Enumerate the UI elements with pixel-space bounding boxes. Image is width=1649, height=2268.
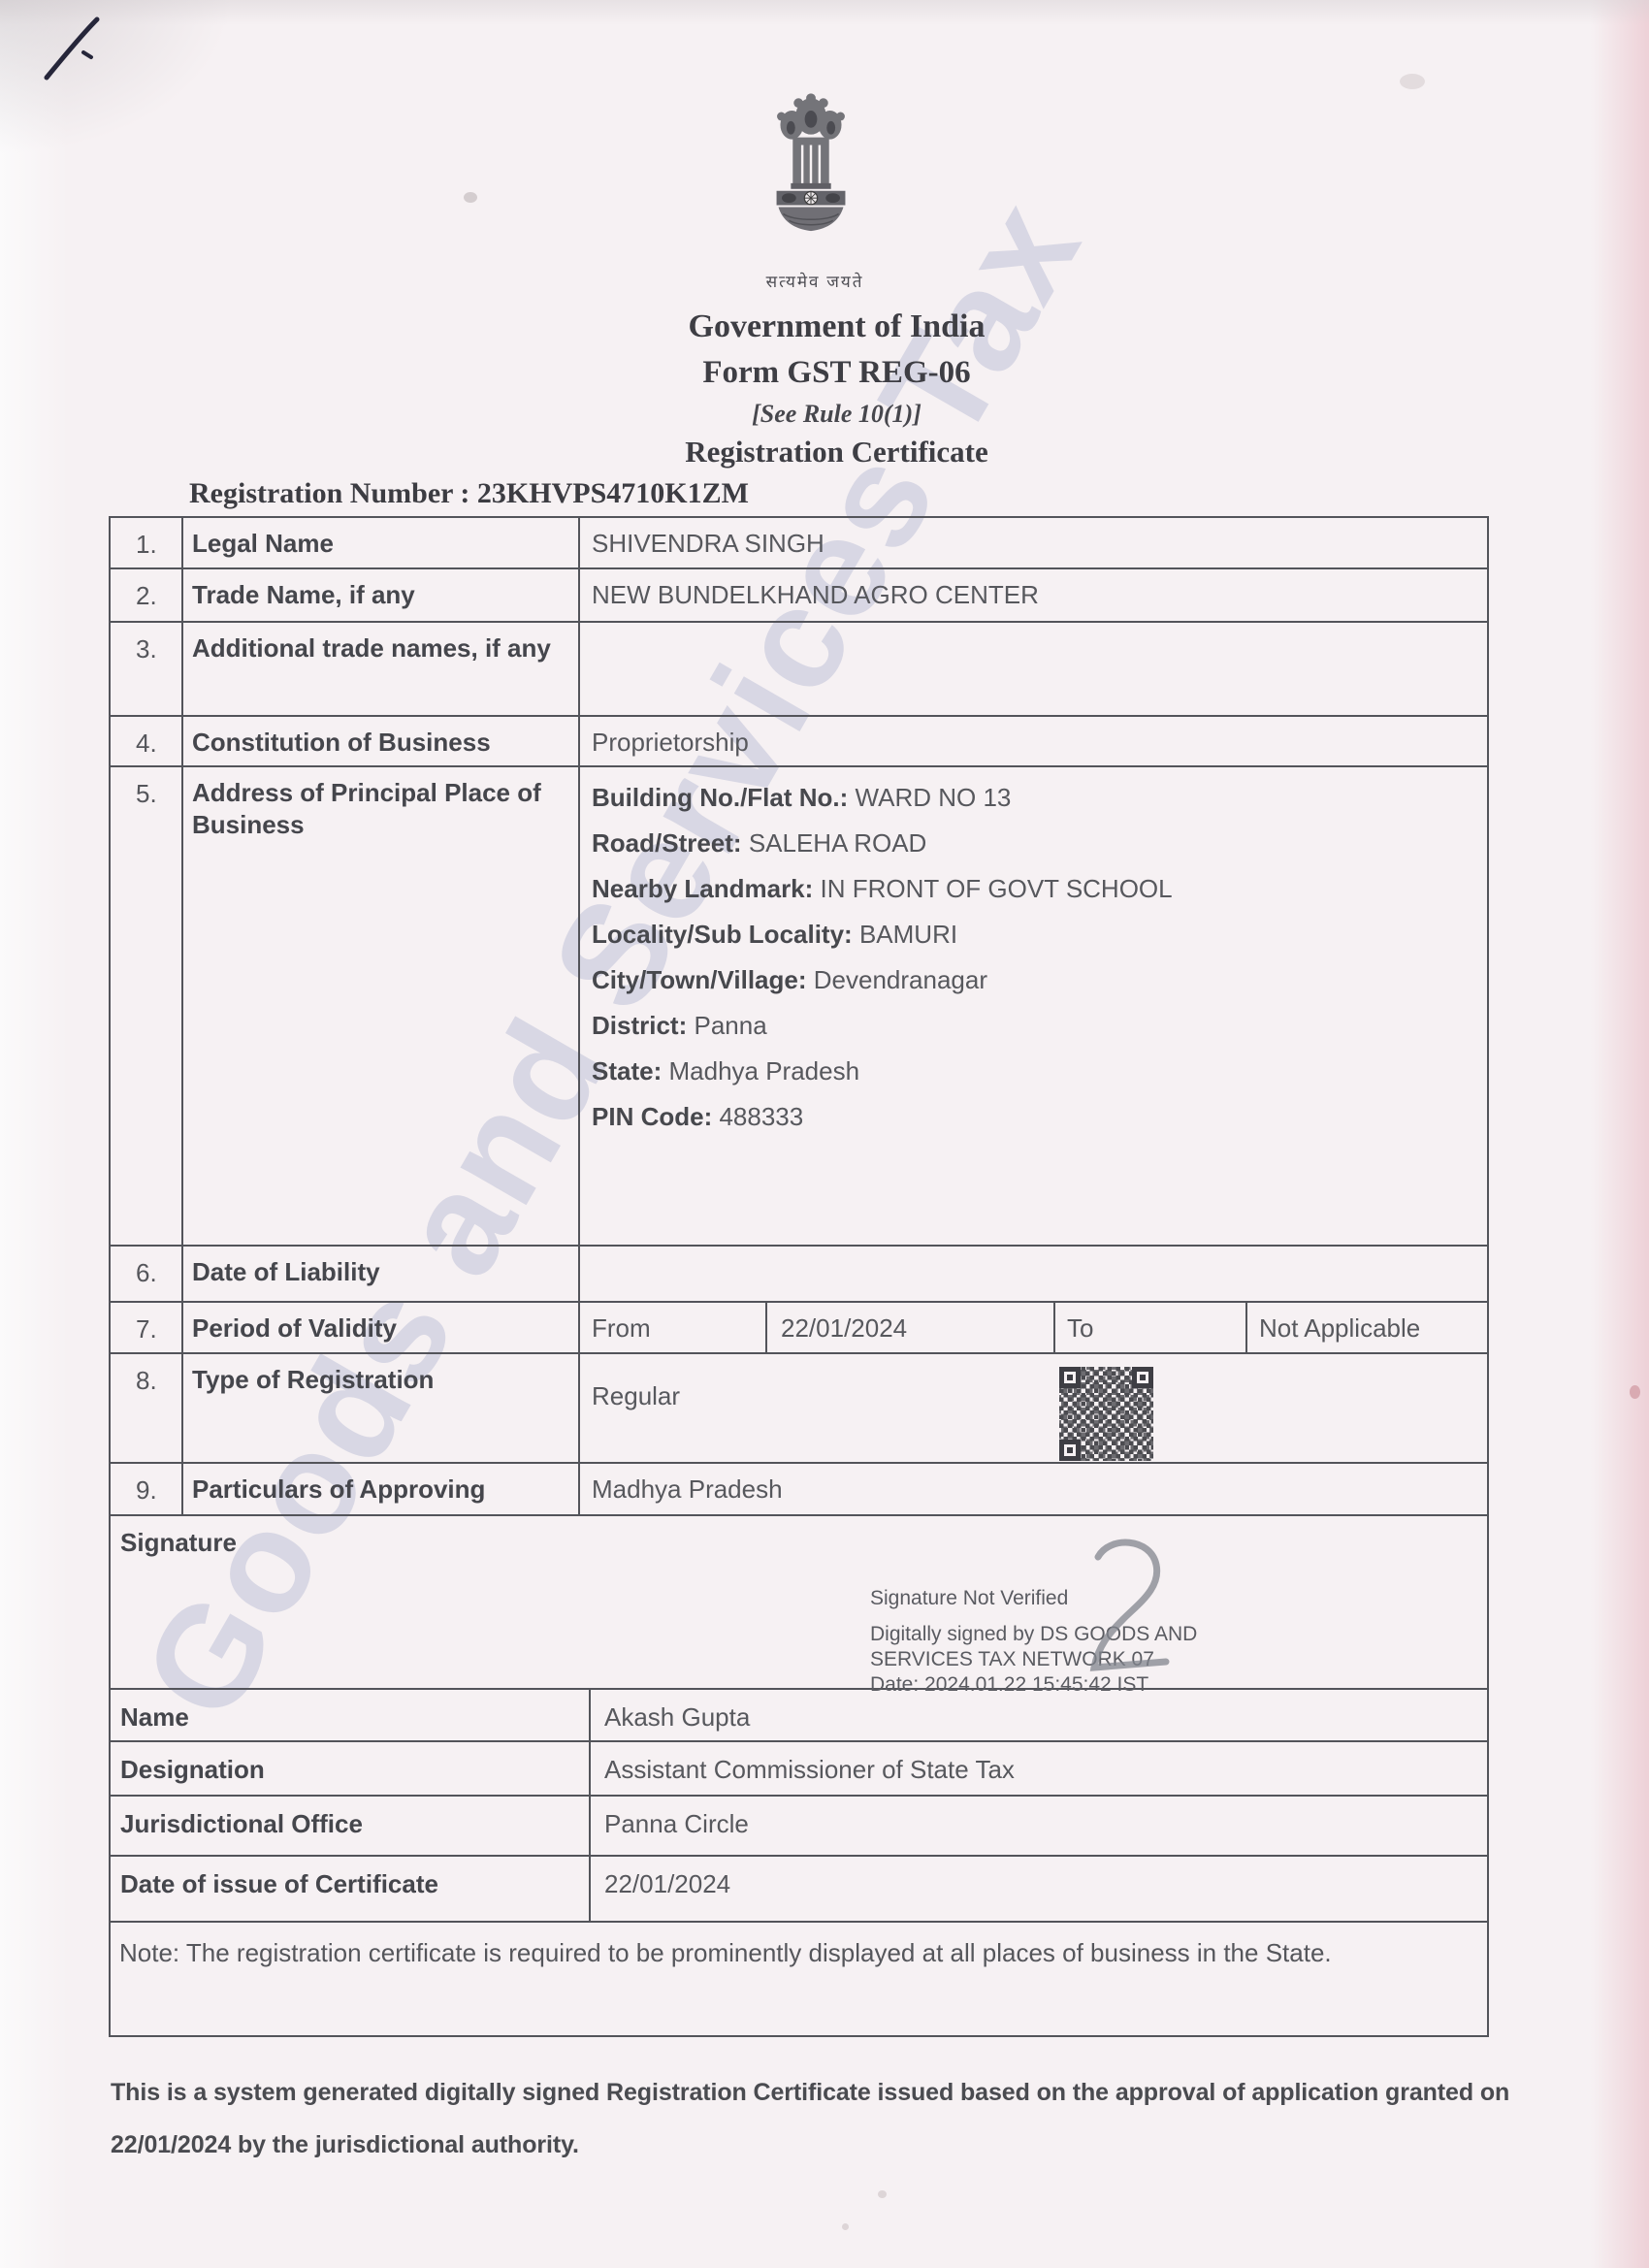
address-value: Madhya Pradesh	[668, 1056, 859, 1085]
table-row-address: 5. Address of Principal Place of Busines…	[111, 767, 1487, 1247]
address-value: SALEHA ROAD	[749, 828, 927, 858]
registration-table: 1. Legal Name SHIVENDRA SINGH 2. Trade N…	[109, 516, 1489, 2037]
row-number: 2.	[111, 569, 183, 621]
officer-label: Name	[111, 1690, 591, 1740]
address-value: WARD NO 13	[856, 783, 1012, 812]
officer-label: Designation	[111, 1742, 591, 1795]
table-row-legal-name: 1. Legal Name SHIVENDRA SINGH	[111, 518, 1487, 569]
row-number: 5.	[111, 767, 183, 1245]
table-row-period-of-validity: 7. Period of Validity From 22/01/2024 To…	[111, 1303, 1487, 1354]
address-key: State:	[592, 1056, 662, 1085]
row-value: SHIVENDRA SINGH	[580, 518, 1487, 567]
system-generated-statement: This is a system generated digitally sig…	[111, 2066, 1535, 2171]
address-key: Road/Street:	[592, 828, 742, 858]
row-label: Trade Name, if any	[183, 569, 580, 621]
row-number: 6.	[111, 1247, 183, 1301]
address-value: Devendranagar	[814, 965, 987, 994]
address-value: IN FRONT OF GOVT SCHOOL	[821, 874, 1173, 903]
address-key: PIN Code:	[592, 1102, 712, 1131]
address-line: Locality/Sub Locality: BAMURI	[592, 912, 1477, 957]
row-label: Particulars of Approving	[183, 1464, 580, 1514]
officer-label: Jurisdictional Office	[111, 1797, 591, 1855]
table-row-particulars-of-approving: 9. Particulars of Approving Madhya Prade…	[111, 1464, 1487, 1516]
form-gst-reg06-title: Form GST REG-06	[184, 355, 1489, 391]
table-row-type-of-registration: 8. Type of Registration Regular	[111, 1354, 1487, 1464]
address-line: Nearby Landmark: IN FRONT OF GOVT SCHOOL	[592, 866, 1477, 912]
row-label: Address of Principal Place of Business	[183, 767, 580, 1245]
officer-value: 22/01/2024	[591, 1857, 1487, 1921]
qr-finder-icon	[1059, 1367, 1081, 1388]
signature-scribble-icon	[1042, 1534, 1197, 1694]
row-number: 8.	[111, 1354, 183, 1462]
validity-from-date: 22/01/2024	[767, 1303, 1055, 1352]
government-of-india-title: Government of India	[184, 308, 1489, 345]
scanned-gst-certificate-page: Goods and Services Tax	[0, 0, 1649, 2268]
address-value: 488333	[719, 1102, 803, 1131]
table-row-constitution: 4. Constitution of Business Proprietorsh…	[111, 717, 1487, 767]
officer-value: Panna Circle	[591, 1797, 1487, 1855]
address-line: District: Panna	[592, 1003, 1477, 1049]
officer-row-jurisdictional-office: Jurisdictional Office Panna Circle	[111, 1797, 1487, 1857]
qr-finder-icon	[1132, 1367, 1153, 1388]
row-label: Additional trade names, if any	[183, 623, 580, 715]
row-label: Constitution of Business	[183, 717, 580, 765]
address-block: Building No./Flat No.: WARD NO 13 Road/S…	[580, 767, 1487, 1245]
row-number: 1.	[111, 518, 183, 567]
signature-label: Signature	[111, 1516, 237, 1688]
registration-type-cell: Regular	[580, 1354, 1487, 1462]
table-row-additional-trade-names: 3. Additional trade names, if any	[111, 623, 1487, 717]
see-rule-subtitle: [See Rule 10(1)]	[184, 400, 1489, 429]
row-label: Legal Name	[183, 518, 580, 567]
officer-row-date-of-issue: Date of issue of Certificate 22/01/2024	[111, 1857, 1487, 1923]
officer-value: Assistant Commissioner of State Tax	[591, 1742, 1487, 1795]
table-row-trade-name: 2. Trade Name, if any NEW BUNDELKHAND AG…	[111, 569, 1487, 623]
note-text: Note: The registration certificate is re…	[111, 1923, 1487, 2035]
satyameva-jayate-motto: सत्यमेव जयते	[563, 270, 1067, 292]
qr-finder-icon	[1059, 1440, 1081, 1461]
row-label: Period of Validity	[183, 1303, 580, 1352]
address-line: City/Town/Village: Devendranagar	[592, 957, 1477, 1003]
pen-mark	[27, 14, 114, 91]
validity-to-value: Not Applicable	[1247, 1303, 1487, 1352]
validity-from-label: From	[580, 1303, 767, 1352]
row-value: Madhya Pradesh	[580, 1464, 1487, 1514]
row-value: NEW BUNDELKHAND AGRO CENTER	[580, 569, 1487, 621]
row-value: Proprietorship	[580, 717, 1487, 765]
row-label: Type of Registration	[183, 1354, 580, 1462]
row-label: Date of Liability	[183, 1247, 580, 1301]
note-row: Note: The registration certificate is re…	[111, 1923, 1487, 2035]
row-number: 9.	[111, 1464, 183, 1514]
qr-code	[1059, 1367, 1153, 1461]
row-number: 7.	[111, 1303, 183, 1352]
row-number: 3.	[111, 623, 183, 715]
address-value: Panna	[694, 1011, 766, 1040]
registration-number-line: Registration Number : 23KHVPS4710K1ZM	[189, 477, 749, 510]
certificate-content: सत्यमेव जयते Government of India Form GS…	[0, 0, 1649, 2268]
address-key: Locality/Sub Locality:	[592, 920, 853, 949]
address-line: PIN Code: 488333	[592, 1094, 1477, 1140]
row-value	[580, 623, 1487, 715]
row-value	[580, 1247, 1487, 1301]
india-emblem-icon	[749, 89, 873, 262]
officer-label: Date of issue of Certificate	[111, 1857, 591, 1921]
address-key: Nearby Landmark:	[592, 874, 813, 903]
address-line: Building No./Flat No.: WARD NO 13	[592, 775, 1477, 821]
address-key: City/Town/Village:	[592, 965, 807, 994]
registration-type-value: Regular	[592, 1381, 1477, 1411]
officer-row-name: Name Akash Gupta	[111, 1690, 1487, 1742]
row-number: 4.	[111, 717, 183, 765]
address-value: BAMURI	[859, 920, 957, 949]
registration-certificate-title: Registration Certificate	[184, 435, 1489, 470]
signature-section: Signature Signature Not Verified Digital…	[111, 1516, 1487, 1690]
officer-row-designation: Designation Assistant Commissioner of St…	[111, 1742, 1487, 1797]
address-key: District:	[592, 1011, 687, 1040]
address-key: Building No./Flat No.:	[592, 783, 848, 812]
address-line: State: Madhya Pradesh	[592, 1049, 1477, 1094]
address-line: Road/Street: SALEHA ROAD	[592, 821, 1477, 866]
table-row-date-of-liability: 6. Date of Liability	[111, 1247, 1487, 1303]
validity-to-label: To	[1055, 1303, 1247, 1352]
